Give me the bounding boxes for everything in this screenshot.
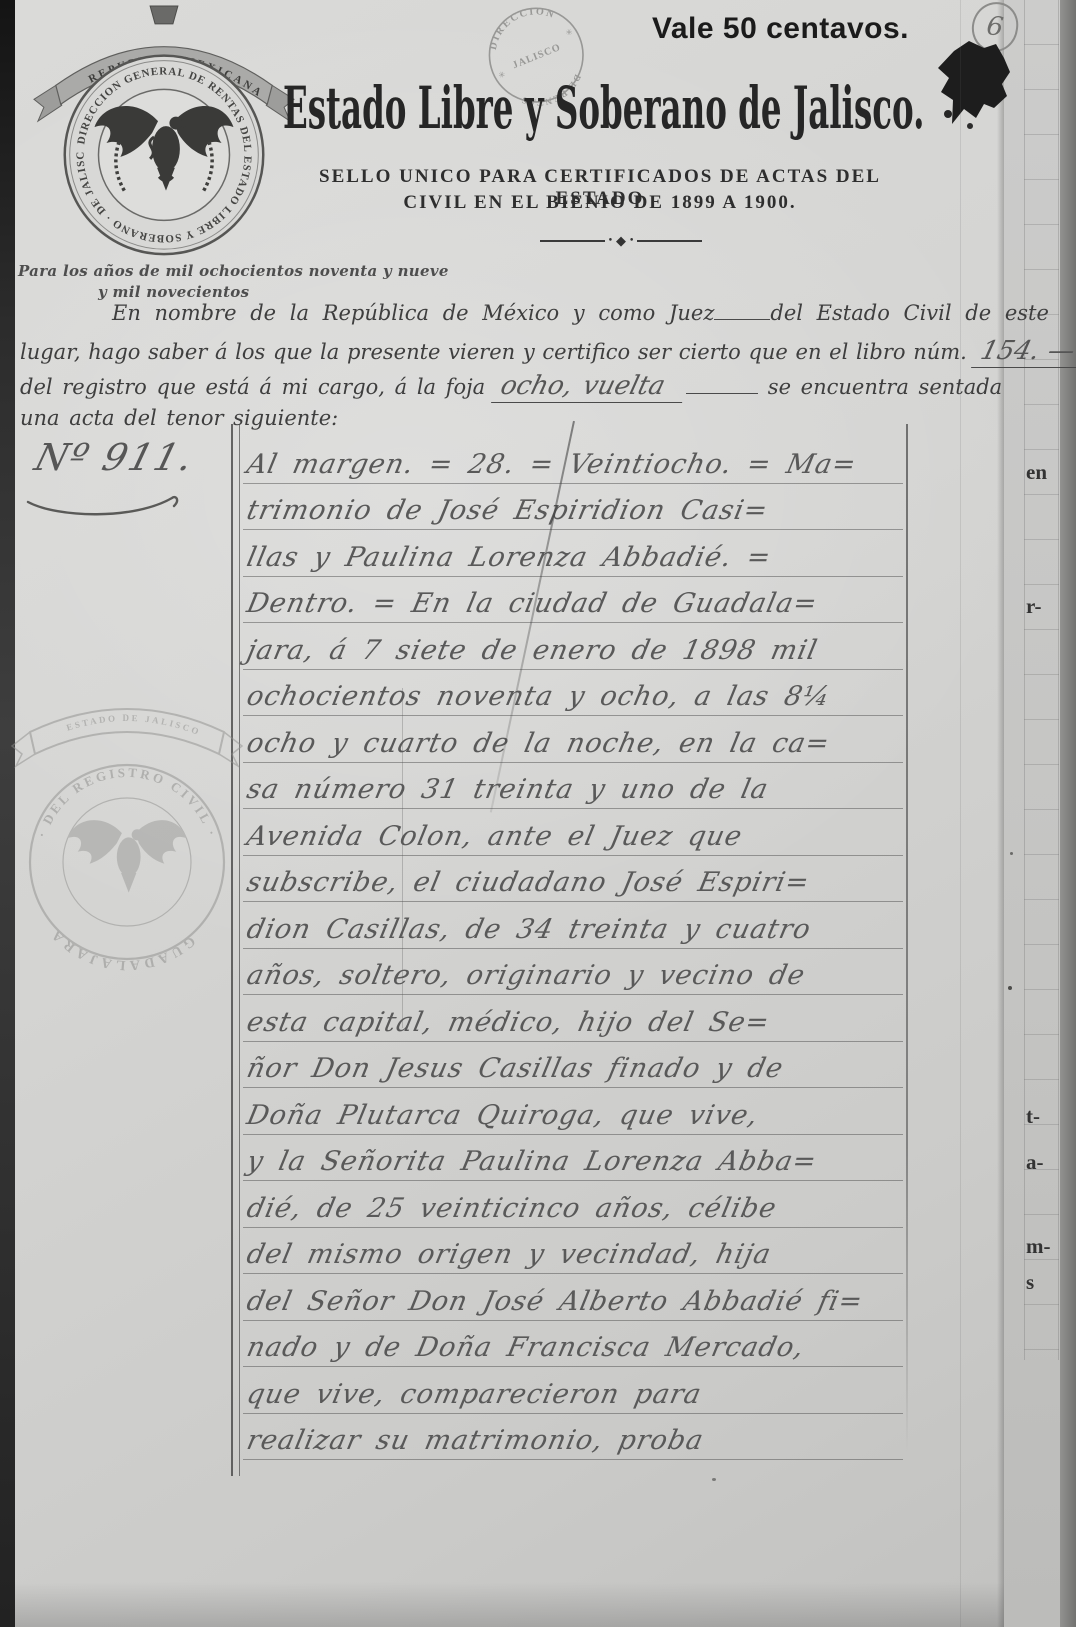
- edge-fragment: en: [1026, 460, 1056, 485]
- bottom-scan-shadow: [15, 1582, 1004, 1627]
- registro-civil-stamp: ESTADO DE JALISCO · DEL REGISTRO CIVIL ·…: [0, 672, 254, 1004]
- svg-text:· DEL REGISTRO CIVIL ·: · DEL REGISTRO CIVIL ·: [34, 765, 220, 840]
- state-revenue-seal: REPUBLICA MEXICANA DIRECCION GENERAL DE …: [26, 4, 302, 272]
- manuscript-line: ochocientos noventa y ocho, a las 8¼: [243, 670, 903, 717]
- vale-label: Vale 50 centavos.: [652, 12, 909, 46]
- manuscript-right-rule: [906, 424, 908, 1454]
- ink-speck: [712, 1478, 716, 1481]
- manuscript-line: esta capital, médico, hijo del Se=: [243, 995, 903, 1042]
- manuscript-line: subscribe, el ciudadano José Espiri=: [243, 856, 903, 903]
- acta-number-flourish: [24, 492, 184, 522]
- manuscript-line: ñor Don Jesus Casillas finado y de: [243, 1042, 903, 1089]
- registro-eagle: [68, 820, 187, 892]
- manuscript-line: del Señor Don José Alberto Abbadié fi=: [243, 1274, 903, 1321]
- registro-arc-bottom: GUADALAJARA: [47, 924, 198, 972]
- preamble-line-1: En nombre de la República de México y co…: [112, 301, 1049, 325]
- edge-fragment: s: [1026, 1270, 1056, 1295]
- preamble-line-3-tail: se encuentra sentada: [768, 375, 1002, 399]
- svg-text:✳: ✳: [564, 27, 574, 38]
- manuscript-line: realizar su matrimonio, proba: [243, 1414, 903, 1461]
- manuscript-line: Al margen. = 28. = Veintiocho. = Ma=: [243, 437, 903, 484]
- acta-number: Nº 911.: [30, 436, 199, 479]
- paper-crease: [402, 688, 403, 1028]
- paper-fold: [960, 0, 961, 1627]
- preamble-line-3-text: del registro que está á mi cargo, á la f…: [20, 375, 485, 399]
- edge-fragment: r-: [1026, 594, 1056, 619]
- manuscript-ruled-block: Al margen. = 28. = Veintiocho. = Ma= tri…: [243, 437, 903, 1460]
- manuscript-line: que vive, comparecieron para: [243, 1367, 903, 1414]
- manuscript-line: ocho y cuarto de la noche, en la ca=: [243, 716, 903, 763]
- manuscript-line: y la Señorita Paulina Lorenza Abba=: [243, 1135, 903, 1182]
- handwritten-foja-value: ocho, vuelta: [491, 371, 690, 403]
- manuscript-line: años, soltero, originario y vecino de: [243, 949, 903, 996]
- ink-speck: [1008, 986, 1012, 990]
- rentas-stamp-center: JALISCO: [511, 42, 563, 71]
- manuscript-line: Avenida Colon, ante el Juez que: [243, 809, 903, 856]
- preamble-gothic-line-1: Para los años de mil ochocientos noventa…: [18, 262, 449, 280]
- document-title: Estado Libre y Soberano de Jalisco.: [283, 74, 924, 142]
- preamble-line-2-text: lugar, hago saber á los que la presente …: [20, 340, 967, 364]
- manuscript-line: jara, á 7 siete de enero de 1898 mil: [243, 623, 903, 670]
- subtitle-line-2: CIVIL EN EL BIENIO DE 1899 A 1900.: [288, 192, 912, 214]
- blank-judge-number: [714, 301, 770, 320]
- ink-blot: [924, 36, 1012, 132]
- preamble-line-3: del registro que está á mi cargo, á la f…: [20, 371, 1002, 403]
- edge-fragment: m-: [1026, 1234, 1056, 1259]
- manuscript-line: sa número 31 treinta y uno de la: [243, 763, 903, 810]
- preamble-line-2: lugar, hago saber á los que la presente …: [20, 336, 1076, 368]
- manuscript-line: nado y de Doña Francisca Mercado,: [243, 1321, 903, 1368]
- blank-foja: [686, 375, 758, 394]
- manuscript-line: dion Casillas, de 34 treinta y cuatro: [243, 902, 903, 949]
- preamble-line-1-tail: del Estado Civil de este: [770, 301, 1048, 325]
- edge-fragment: t-: [1026, 1104, 1056, 1129]
- manuscript-line: Dentro. = En la ciudad de Guadala=: [243, 577, 903, 624]
- manuscript-line: del mismo origen y vecindad, hija: [243, 1228, 903, 1275]
- registro-arc-top: · DEL REGISTRO CIVIL ·: [34, 765, 220, 840]
- scan-right-edge: [1060, 0, 1076, 1627]
- preamble-line-1-text: En nombre de la República de México y co…: [112, 301, 714, 325]
- edge-fragment: a-: [1026, 1150, 1056, 1175]
- manuscript-line: trimonio de José Espiridion Casi=: [243, 484, 903, 531]
- preamble-line-4: una acta del tenor siguiente:: [20, 406, 338, 430]
- ornament-divider: •◆•: [540, 234, 702, 248]
- manuscript-line: dié, de 25 veinticinco años, célibe: [243, 1181, 903, 1228]
- svg-text:GUADALAJARA: GUADALAJARA: [47, 924, 198, 972]
- manuscript-line: Doña Plutarca Quiroga, que vive,: [243, 1088, 903, 1135]
- manuscript-line: llas y Paulina Lorenza Abbadié. =: [243, 530, 903, 577]
- handwritten-libro-number: 154. —: [971, 336, 1076, 368]
- preamble-gothic-line-2: y mil novecientos: [98, 283, 249, 301]
- ink-speck: [1010, 852, 1013, 855]
